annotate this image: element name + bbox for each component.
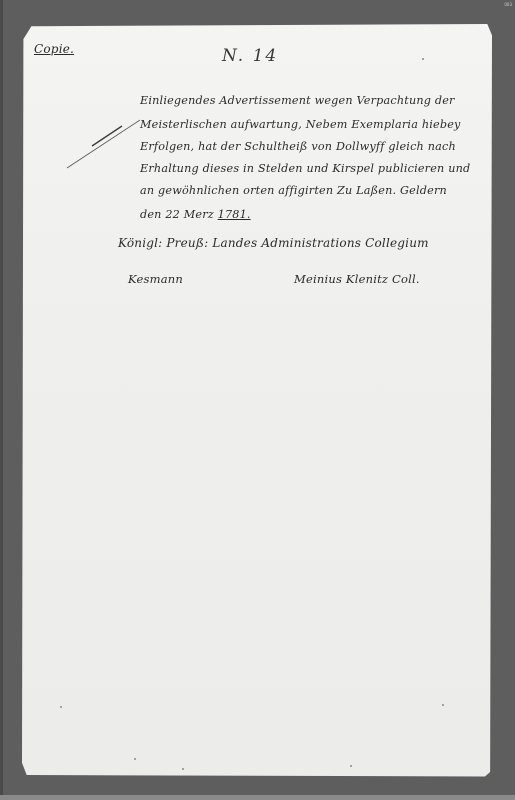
paper-speck	[350, 765, 352, 767]
document-number: N. 14	[222, 46, 278, 66]
body-line-1: Einliegendes Advertissement wegen Verpac…	[140, 94, 455, 107]
body-line-2: Meisterlischen aufwartung, Nebem Exempla…	[140, 118, 461, 131]
body-line-5: an gewöhnlichen orten affigirten Zu Laße…	[140, 184, 447, 197]
signatory-right: Meinius Klenitz Coll.	[294, 272, 420, 286]
signatory-left: Kesmann	[128, 272, 183, 286]
paper-speck	[182, 768, 184, 770]
date-year: 1781.	[218, 208, 251, 221]
scan-page-label: 003	[504, 2, 512, 7]
paper-speck	[134, 758, 136, 760]
body-line-4: Erhaltung dieses in Stelden und Kirspel …	[140, 162, 470, 175]
paper-speck	[442, 704, 444, 706]
date-text: den 22 Merz	[140, 208, 214, 221]
scan-edge-bottom	[0, 795, 515, 800]
scan-edge-left	[0, 0, 3, 800]
margin-strokes-mark	[42, 116, 152, 176]
authority-signature: Königl: Preuß: Landes Administrations Co…	[118, 236, 429, 250]
copie-heading: Copie.	[34, 42, 74, 56]
paper-speck	[422, 58, 424, 60]
body-line-3: Erfolgen, hat der Schultheiß von Dollwyf…	[140, 140, 456, 153]
manuscript-page: Copie. N. 14 Einliegendes Advertissement…	[22, 24, 492, 778]
paper-speck	[60, 706, 62, 708]
date-line: den 22 Merz 1781.	[140, 208, 251, 221]
